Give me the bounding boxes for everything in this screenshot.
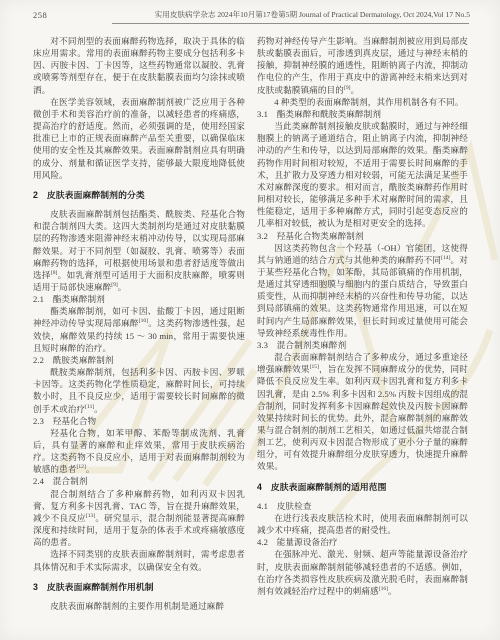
sub-section-heading: 3.3 混合制剂类麻醉剂 bbox=[257, 339, 468, 351]
journal-title-line: 实用皮肤病学杂志 2024年10月第17卷第5期 Journal of Prac… bbox=[155, 9, 470, 20]
body-paragraph: 在强脉冲光、激光、射频、超声等能量源设备治疗时，皮肤表面麻醉制剂能够减轻患者的不… bbox=[257, 548, 468, 597]
body-paragraph: 选择不同类别的皮肤表面麻醉制剂时，需考虑患者具体情况和手术实际需求，以确保安全有… bbox=[33, 548, 245, 572]
body-paragraph: 酯类麻醉制剂，如可卡因、盐酸丁卡因，通过阻断神经冲动传导实现局部麻醉[10]。这… bbox=[33, 305, 245, 354]
sub-section-heading: 4.2 能量源设备治疗 bbox=[257, 536, 468, 548]
body-paragraph: 皮肤表面麻醉制剂包括酯类、酰胺类、羟基化合物和混合制剂四大类。这四大类制剂均是通… bbox=[33, 208, 245, 293]
sub-section-heading: 3.2 羟基化合物类麻醉制剂 bbox=[257, 230, 468, 242]
body-paragraph: 皮肤表面麻醉制剂的主要作用机制是通过麻醉 bbox=[33, 600, 245, 612]
citation-ref: [16] bbox=[379, 586, 388, 592]
citation-ref: [15] bbox=[310, 364, 319, 370]
sub-section-heading: 2.1 酯类麻醉制剂 bbox=[33, 293, 245, 305]
citation-ref: [14] bbox=[441, 255, 450, 261]
sub-section-heading: 2.4 混合制剂 bbox=[33, 475, 245, 487]
sub-section-heading: 4.1 皮肤检查 bbox=[257, 500, 468, 512]
body-paragraph: 酰胺类麻醉制剂，包括利多卡因、丙胺卡因、罗哌卡因等。这类药物化学性质稳定，麻醉时… bbox=[33, 366, 245, 415]
citation-ref: [13] bbox=[86, 513, 95, 519]
sub-section-heading: 2.2 酰胺类麻醉制剂 bbox=[33, 354, 245, 366]
body-paragraph: 4 种类型的表面麻醉制剂，其作用机制各有不同。 bbox=[257, 96, 468, 108]
citation-ref: [9] bbox=[344, 85, 351, 91]
citation-ref: [12] bbox=[76, 464, 85, 470]
left-column: 对不同剂型的表面麻醉药物选择，取决于具体的临床应用需求。常用的表面麻醉药物主要成… bbox=[33, 35, 245, 635]
header-rule bbox=[112, 23, 469, 24]
page-header: 258 实用皮肤病学杂志 2024年10月第17卷第5期 Journal of … bbox=[33, 9, 470, 20]
body-paragraph: 在医学美容领域，表面麻醉制剂被广泛应用于各种微创手术和美容治疗前的准备，以减轻患… bbox=[33, 96, 245, 181]
journal-page: 258 实用皮肤病学杂志 2024年10月第17卷第5期 Journal of … bbox=[0, 0, 500, 640]
body-paragraph: 对不同剂型的表面麻醉药物选择，取决于具体的临床应用需求。常用的表面麻醉药物主要成… bbox=[33, 35, 245, 96]
body-paragraph: 羟基化合物，如苯甲醇、苯酚等制成洗剂、乳膏后，具有显著的麻醉和止痒效果，常用于皮… bbox=[33, 427, 245, 476]
body-paragraph: 当此类麻醉制剂接触皮肤或黏膜时，通过与神经细胞膜上的钠离子通道结合，阻止钠离子内… bbox=[257, 120, 468, 229]
page-number: 258 bbox=[33, 10, 47, 20]
citation-ref: [11] bbox=[85, 404, 94, 410]
sub-section-heading: 2.3 羟基化合物 bbox=[33, 415, 245, 427]
section-heading: 4 皮肤表面麻醉制剂的适用范围 bbox=[257, 481, 468, 493]
body-paragraph: 药物对神经传导产生影响。当麻醉制剂被应用到局部皮肤或黏膜表面后，可渗透到真皮层，… bbox=[257, 35, 468, 96]
body-paragraph: 混合表面麻醉制剂结合了多种成分，通过多重途径增强麻醉效果[15]，旨在发挥不同麻… bbox=[257, 351, 468, 473]
sub-section-heading: 3.1 酯类麻醉和酰胺类麻醉制剂 bbox=[257, 108, 468, 120]
body-paragraph: 混合制剂结合了多种麻醉药物，如利丙双卡因乳膏、复方利多卡因乳膏、TAC 等，旨在… bbox=[33, 488, 245, 549]
citation-ref: [9] bbox=[111, 282, 118, 288]
body-paragraph: 在进行浅表皮肤活检术时，使用表面麻醉制剂可以减少术中疼痛，提高患者的耐受性。 bbox=[257, 512, 468, 536]
section-heading: 2 皮肤表面麻醉制剂的分类 bbox=[33, 189, 245, 201]
citation-ref: [8] bbox=[51, 270, 58, 276]
body-paragraph: 因这类药物包含一个羟基（-OH）官能团，这使得其与钠通道的结合方式与其他种类的麻… bbox=[257, 242, 468, 339]
citation-ref: [10] bbox=[139, 319, 148, 325]
section-heading: 3 皮肤表面麻醉制剂作用机制 bbox=[33, 581, 245, 593]
right-column: 药物对神经传导产生影响。当麻醉制剂被应用到局部皮肤或黏膜表面后，可渗透到真皮层，… bbox=[257, 35, 468, 635]
